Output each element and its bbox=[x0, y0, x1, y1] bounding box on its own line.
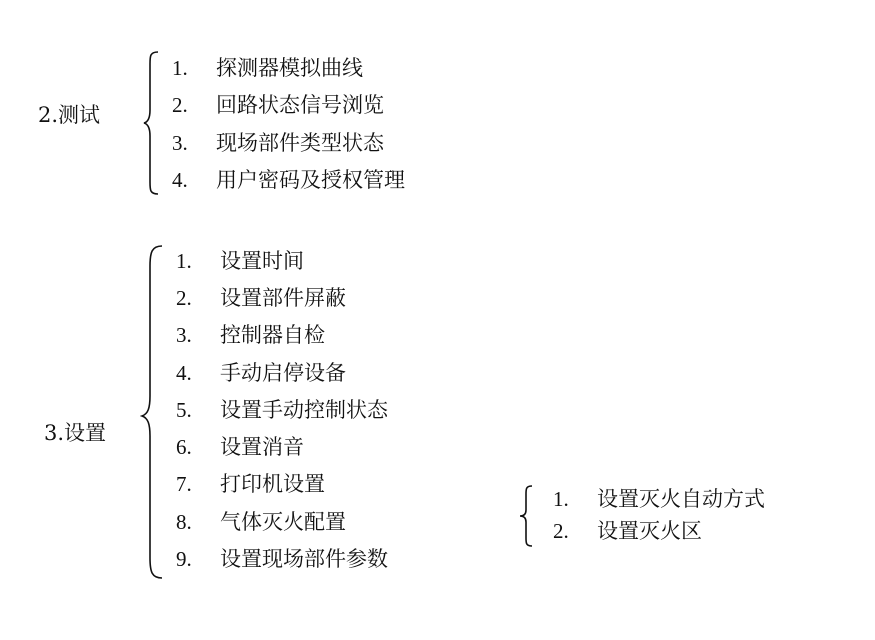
list-item: 4.手动启停设备 bbox=[176, 361, 346, 385]
list-item: 1.设置时间 bbox=[176, 249, 304, 273]
list-item: 1.探测器模拟曲线 bbox=[172, 56, 363, 80]
list-item: 5.设置手动控制状态 bbox=[176, 398, 388, 422]
list-item: 3.控制器自检 bbox=[176, 323, 325, 347]
brace-test bbox=[142, 50, 162, 196]
list-item: 4.用户密码及授权管理 bbox=[172, 168, 405, 192]
list-item: 7.打印机设置 bbox=[176, 472, 325, 496]
brace-settings bbox=[140, 244, 164, 580]
list-item: 3.现场部件类型状态 bbox=[172, 131, 384, 155]
list-item: 9.设置现场部件参数 bbox=[176, 547, 388, 571]
list-item: 1.设置灭火自动方式 bbox=[553, 487, 765, 511]
list-item: 6.设置消音 bbox=[176, 435, 304, 459]
group-label-test: 2.测试 bbox=[38, 103, 100, 127]
list-item: 8.气体灭火配置 bbox=[176, 510, 346, 534]
brace-gas-config bbox=[518, 484, 536, 548]
group-label-settings: 3.设置 bbox=[44, 421, 106, 445]
list-item: 2.回路状态信号浏览 bbox=[172, 93, 384, 117]
list-item: 2.设置灭火区 bbox=[553, 519, 702, 543]
list-item: 2.设置部件屏蔽 bbox=[176, 286, 346, 310]
